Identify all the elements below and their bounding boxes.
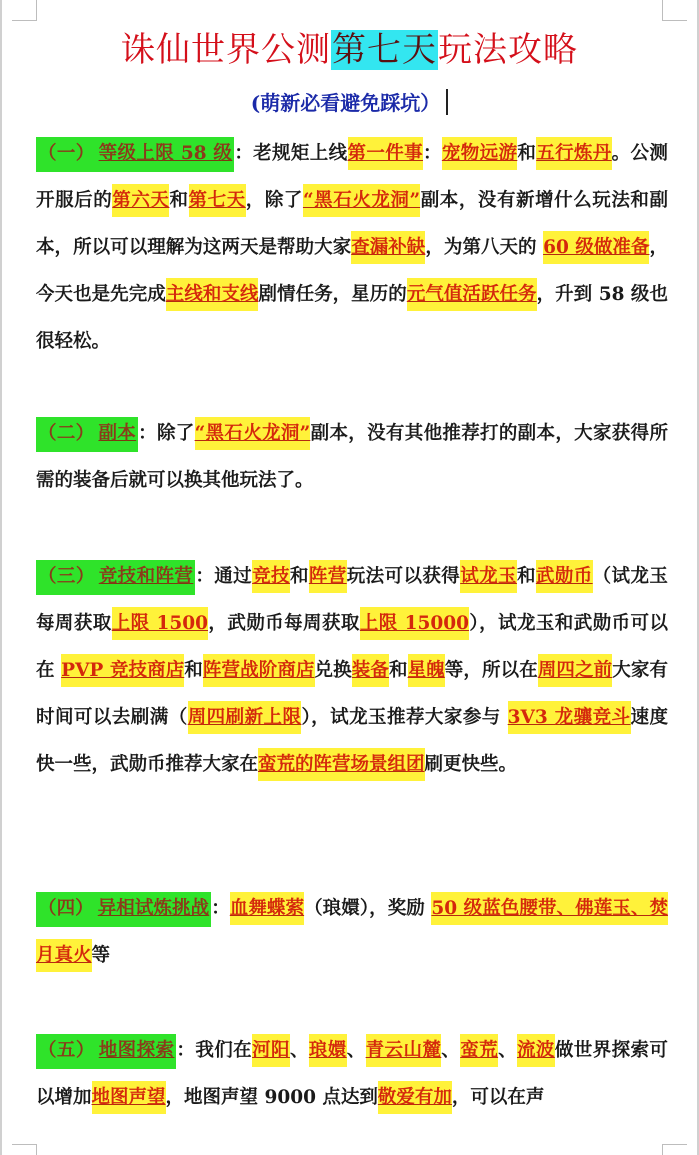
- body-text: ：: [211, 898, 230, 919]
- section-number-label: （四）: [36, 892, 96, 927]
- keyword-highlight: 星魄: [408, 654, 445, 687]
- title-highlight: 第七天: [331, 30, 438, 70]
- keyword-highlight: 宠物远游: [442, 137, 517, 170]
- keyword-highlight: PVP 竞技商店: [61, 654, 184, 687]
- body-text: ，可以在声: [452, 1087, 545, 1108]
- keyword-highlight: 上限 15000: [360, 607, 469, 640]
- body-text: ，为第八天的: [425, 237, 543, 258]
- body-text: ，地图声望 9000 点达到: [166, 1087, 378, 1108]
- section-paragraph: （五）地图探索：我们在河阳、琅嬛、青云山麓、蛮荒、流波做世界探索可以增加地图声望…: [36, 1027, 668, 1121]
- keyword-highlight: 敬爱有加: [378, 1081, 452, 1114]
- body-text: 和: [184, 660, 203, 681]
- section-heading: 异相试炼挑战: [96, 892, 211, 927]
- body-text: ：除了: [138, 423, 194, 444]
- keyword-highlight: 武勋币: [536, 560, 593, 593]
- keyword-highlight: 第七天: [189, 184, 246, 217]
- keyword-highlight: 河阳: [252, 1034, 290, 1067]
- crop-mark-top-left: [12, 0, 37, 21]
- keyword-highlight: 试龙玉: [460, 560, 517, 593]
- body-text: 、: [441, 1040, 460, 1061]
- section-heading: 地图探索: [97, 1034, 177, 1069]
- subtitle-text: (萌新必看避免踩坑）: [251, 91, 440, 115]
- body-text: 和: [169, 190, 188, 211]
- crop-mark-bottom-right: [662, 1144, 687, 1155]
- body-text: 和: [517, 566, 536, 587]
- keyword-highlight: 阵营战阶商店: [203, 654, 315, 687]
- keyword-highlight: 周四刷新上限: [188, 701, 302, 734]
- body-text: ，武勋币每周获取: [208, 613, 360, 634]
- body-text: ：老规矩上线: [234, 143, 347, 164]
- body-text: 剧情任务，星历的: [258, 284, 406, 305]
- section-paragraph: （一）等级上限 58 级：老规矩上线第一件事：宠物远游和五行炼丹。公测开服后的第…: [36, 130, 668, 365]
- keyword-highlight: 上限 1500: [112, 607, 208, 640]
- body-text: ），试龙玉推荐大家参与: [301, 707, 507, 728]
- keyword-highlight: “黑石火龙洞”: [303, 184, 420, 217]
- keyword-highlight: 琅嬛: [309, 1034, 347, 1067]
- section-dungeon: （二）副本：除了“黑石火龙洞”副本，没有其他推荐打的副本，大家获得所需的装备后就…: [36, 410, 668, 504]
- keyword-highlight: 阵营: [309, 560, 347, 593]
- body-text: 刷更快些。: [425, 754, 518, 775]
- keyword-highlight: 青云山麓: [366, 1034, 442, 1067]
- keyword-highlight: 3V3 龙骧竞斗: [508, 701, 631, 734]
- page-title: 诛仙世界公测第七天玩法攻略: [0, 28, 699, 72]
- body-text: 和: [389, 660, 408, 681]
- body-text: 兑换: [315, 660, 352, 681]
- body-text: ：我们在: [176, 1040, 252, 1061]
- title-text-after: 玩法攻略: [438, 30, 578, 70]
- body-text: ，除了: [246, 190, 303, 211]
- body-text: 、: [290, 1040, 309, 1061]
- section-paragraph: （四）异相试炼挑战：血舞蝶萦（琅嬛），奖励 50 级蓝色腰带、佛莲玉、焚月真火等: [36, 885, 668, 979]
- section-number-label: （三）: [36, 560, 97, 595]
- section-trial-challenge: （四）异相试炼挑战：血舞蝶萦（琅嬛），奖励 50 级蓝色腰带、佛莲玉、焚月真火等: [36, 885, 668, 979]
- body-text: 玩法可以获得: [347, 566, 461, 587]
- keyword-highlight: “黑石火龙洞”: [195, 417, 311, 450]
- body-text: ：通过: [195, 566, 252, 587]
- section-heading: 等级上限 58 级: [97, 137, 235, 172]
- section-number-label: （二）: [36, 417, 96, 452]
- page-edge-left: [0, 0, 2, 1155]
- body-text: 和: [517, 143, 536, 164]
- keyword-highlight: 蛮荒: [460, 1034, 498, 1067]
- keyword-highlight: 竞技: [252, 560, 290, 593]
- section-arena-faction: （三）竞技和阵营：通过竞技和阵营玩法可以获得试龙玉和武勋币（试龙玉每周获取上限 …: [36, 553, 668, 788]
- body-text: 、: [498, 1040, 517, 1061]
- keyword-highlight: 地图声望: [92, 1081, 166, 1114]
- body-text: 等，所以在: [445, 660, 538, 681]
- crop-mark-bottom-left: [12, 1144, 37, 1155]
- keyword-highlight: 查漏补缺: [351, 231, 425, 264]
- section-heading: 副本: [96, 417, 138, 452]
- section-level-cap: （一）等级上限 58 级：老规矩上线第一件事：宠物远游和五行炼丹。公测开服后的第…: [36, 130, 668, 365]
- section-map-exploration: （五）地图探索：我们在河阳、琅嬛、青云山麓、蛮荒、流波做世界探索可以增加地图声望…: [36, 1027, 668, 1121]
- body-text: 等: [92, 945, 111, 966]
- page-subtitle: (萌新必看避免踩坑）: [0, 88, 699, 118]
- keyword-highlight: 装备: [352, 654, 389, 687]
- keyword-highlight: 周四之前: [538, 654, 612, 687]
- keyword-highlight: 血舞蝶萦: [230, 892, 304, 925]
- section-number-label: （五）: [36, 1034, 97, 1069]
- keyword-highlight: 第一件事: [348, 137, 423, 170]
- section-paragraph: （三）竞技和阵营：通过竞技和阵营玩法可以获得试龙玉和武勋币（试龙玉每周获取上限 …: [36, 553, 668, 788]
- crop-mark-top-right: [662, 0, 687, 21]
- body-text: （琅嬛），奖励: [304, 898, 431, 919]
- text-cursor: [446, 89, 448, 115]
- keyword-highlight: 蛮荒的阵营场景组团: [258, 748, 425, 781]
- section-heading: 竞技和阵营: [97, 560, 196, 595]
- body-text: 、: [347, 1040, 366, 1061]
- title-text-before: 诛仙世界公测: [121, 30, 331, 70]
- keyword-highlight: 主线和支线: [166, 278, 259, 311]
- keyword-highlight: 流波: [517, 1034, 555, 1067]
- section-number-label: （一）: [36, 137, 97, 172]
- section-paragraph: （二）副本：除了“黑石火龙洞”副本，没有其他推荐打的副本，大家获得所需的装备后就…: [36, 410, 668, 504]
- keyword-highlight: 五行炼丹: [536, 137, 611, 170]
- keyword-highlight: 元气值活跃任务: [407, 278, 537, 311]
- keyword-highlight: 第六天: [112, 184, 169, 217]
- body-text: ：: [423, 143, 442, 164]
- body-text: 和: [290, 566, 309, 587]
- keyword-highlight: 60 级做准备: [543, 231, 649, 264]
